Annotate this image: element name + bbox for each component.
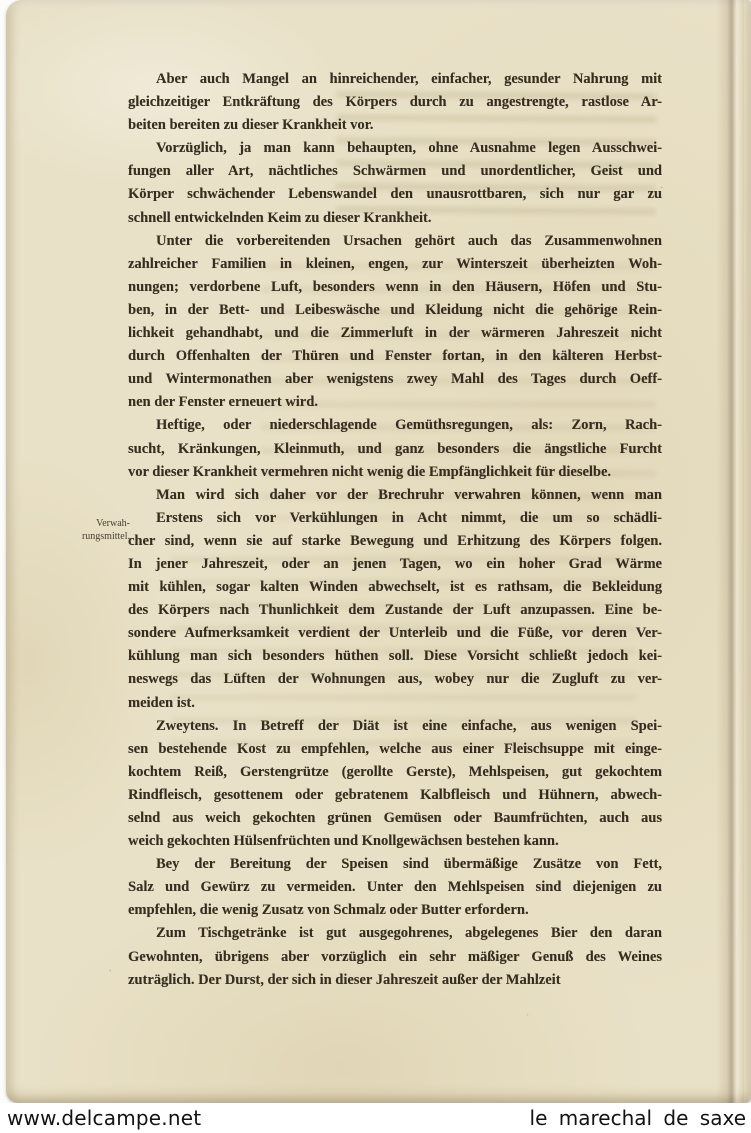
- text-line: Unter die vorbereitenden Ursachen gehört…: [128, 230, 662, 253]
- text-line: Gewohnten, übrigens aber vorzüglich ein …: [128, 946, 662, 969]
- margin-note-line: rungsmittel.: [50, 530, 130, 543]
- fold-crease: [716, 0, 744, 1103]
- margin-note-line: Verwah-: [50, 517, 130, 530]
- text-line: In jener Jahreszeit, oder an jenen Tagen…: [128, 553, 662, 576]
- text-line: Vorzüglich, ja man kann behaupten, ohne …: [128, 137, 662, 160]
- text-line: mit kühlen, sogar kalten Winden abwechse…: [128, 576, 662, 599]
- text-line: Man wird sich daher vor der Brechruhr ve…: [128, 484, 662, 507]
- paragraph: Aber auch Mangel an hinreichender, einfa…: [128, 68, 662, 137]
- text-line: weich gekochten Hülsenfrüchten und Knoll…: [128, 830, 662, 853]
- watermark-bar: www.delcampe.net le marechal de saxe: [0, 1103, 751, 1133]
- scan-background: { "document": { "margin_note": { "lines"…: [0, 0, 751, 1133]
- paragraph: Zum Tischgetränke ist gut ausgegohrenes,…: [128, 922, 662, 991]
- text-line: fungen aller Art, nächtliches Schwärmen …: [128, 160, 662, 183]
- text-line: sen bestehende Kost zu empfehlen, welche…: [128, 738, 662, 761]
- text-line: Aber auch Mangel an hinreichender, einfa…: [128, 68, 662, 91]
- text-line: Heftige, oder niederschlagende Gemüthsre…: [128, 414, 662, 437]
- text-line: selnd aus weich gekochten grünen Gemüsen…: [128, 807, 662, 830]
- text-line: Zum Tischgetränke ist gut ausgegohrenes,…: [128, 922, 662, 945]
- text-line: Körper schwächender Lebenswandel den una…: [128, 183, 662, 206]
- paragraph: Erstens sich vor Verkühlungen in Acht ni…: [128, 507, 662, 715]
- text-line: des Körpers nach Thunlichkeit dem Zustan…: [128, 599, 662, 622]
- paragraph: Zweytens. In Betreff der Diät ist eine e…: [128, 715, 662, 854]
- text-line: sucht, Kränkungen, Kleinmuth, und ganz b…: [128, 438, 662, 461]
- text-block: Aber auch Mangel an hinreichender, einfa…: [128, 68, 662, 992]
- text-line: beiten bereiten zu dieser Krankheit vor.: [128, 114, 662, 137]
- text-line: cher sind, wenn sie auf starke Bewegung …: [128, 530, 662, 553]
- text-line: ben, in der Bett- und Leibeswäsche und K…: [128, 299, 662, 322]
- text-line: durch Offenhalten der Thüren und Fenster…: [128, 345, 662, 368]
- paragraph: Man wird sich daher vor der Brechruhr ve…: [128, 484, 662, 507]
- text-line: neswegs das Lüften der Wohnungen aus, wo…: [128, 668, 662, 691]
- watermark-right-text: le marechal de saxe: [530, 1106, 746, 1130]
- paragraph: Unter die vorbereitenden Ursachen gehört…: [128, 230, 662, 415]
- text-line: zuträglich. Der Durst, der sich in diese…: [128, 969, 662, 992]
- watermark-left-text: www.delcampe.net: [7, 1106, 201, 1130]
- paragraph: Vorzüglich, ja man kann behaupten, ohne …: [128, 137, 662, 229]
- text-line: meiden ist.: [128, 692, 662, 715]
- text-line: gleichzeitiger Entkräftung des Körpers d…: [128, 91, 662, 114]
- document-page: Verwah- rungsmittel. Aber auch Mangel an…: [6, 0, 751, 1103]
- paragraph: Bey der Bereitung der Speisen sind überm…: [128, 853, 662, 922]
- text-line: zahlreicher Familien in kleinen, engen, …: [128, 253, 662, 276]
- text-line: lichkeit gehandhabt, und die Zimmerluft …: [128, 322, 662, 345]
- text-line: empfehlen, die wenig Zusatz von Schmalz …: [128, 899, 662, 922]
- text-line: nen der Fenster erneuert wird.: [128, 391, 662, 414]
- text-line: nungen; verdorbene Luft, besonders wenn …: [128, 276, 662, 299]
- paragraph: Heftige, oder niederschlagende Gemüthsre…: [128, 414, 662, 483]
- text-line: kühlung man sich besonders hüthen soll. …: [128, 645, 662, 668]
- text-line: sondere Aufmerksamkeit verdient der Unte…: [128, 622, 662, 645]
- margin-note: Verwah- rungsmittel.: [50, 517, 130, 543]
- text-line: Salz und Gewürz zu vermeiden. Unter den …: [128, 876, 662, 899]
- text-line: vor dieser Krankheit vermehren nicht wen…: [128, 461, 662, 484]
- text-line: Bey der Bereitung der Speisen sind überm…: [128, 853, 662, 876]
- text-line: Erstens sich vor Verkühlungen in Acht ni…: [128, 507, 662, 530]
- text-line: Rindfleisch, gesottenem oder gebratenem …: [128, 784, 662, 807]
- text-line: schnell entwickelnden Keim zu dieser Kra…: [128, 207, 662, 230]
- text-line: und Wintermonathen aber wenigstens zwey …: [128, 368, 662, 391]
- text-line: Zweytens. In Betreff der Diät ist eine e…: [128, 715, 662, 738]
- text-line: kochtem Reiß, Gerstengrütze (gerollte Ge…: [128, 761, 662, 784]
